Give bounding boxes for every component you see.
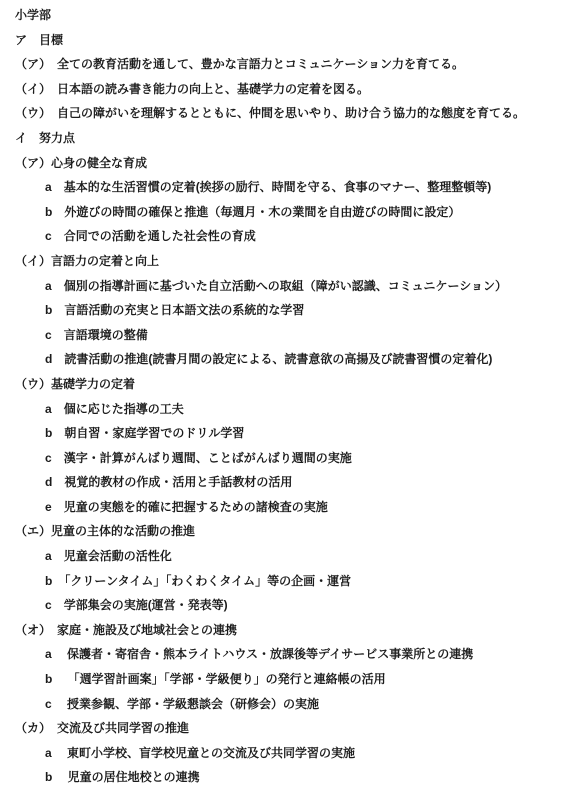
subitem-line-text: 授業参観、学部・学級懇談会（研修会）の実施 <box>67 697 319 711</box>
subitem-line-label: d <box>45 475 64 489</box>
item-line: （オ） 家庭・施設及び地域社会との連携 <box>0 618 588 643</box>
subitem-line-text: 「週学習計画案」「学部・学級便り」の発行と連絡帳の活用 <box>68 672 386 686</box>
subitem-line: a 保護者・寄宿舎・熊本ライトハウス・放課後等デイサービス事業所との連携 <box>0 642 588 667</box>
item-line-label: （イ） <box>15 254 51 268</box>
subitem-line: b 「週学習計画案」「学部・学級便り」の発行と連絡帳の活用 <box>0 667 588 692</box>
item-line-label: （カ） <box>15 721 57 735</box>
subitem-line-label: b <box>45 770 68 784</box>
subitem-line-label: c <box>45 697 67 711</box>
item-line: （エ）児童の主体的な活動の推進 <box>0 519 588 544</box>
subitem-line: c 言語環境の整備 <box>0 323 588 348</box>
section-heading-label: イ <box>15 131 39 145</box>
subitem-line-text: 保護者・寄宿舎・熊本ライトハウス・放課後等デイサービス事業所との連携 <box>67 647 473 661</box>
subitem-line-text: 言語環境の整備 <box>64 328 148 342</box>
item-line: （イ） 日本語の読み書き能力の向上と、基礎学力の定着を図る。 <box>0 77 588 102</box>
subitem-line-text: 朝自習・家庭学習でのドリル学習 <box>64 426 244 440</box>
subitem-line-text: 漢字・計算がんばり週間、ことばがんばり週間の実施 <box>64 451 352 465</box>
subitem-line-text: 東町小学校、盲学校児童との交流及び共同学習の実施 <box>67 746 355 760</box>
item-line-text: 自己の障がいを理解するとともに、仲間を思いやり、助け合う協力的な態度を育てる。 <box>57 106 525 120</box>
subitem-line-text: 合同での活動を通した社会性の育成 <box>64 229 256 243</box>
document-title: 小学部 <box>0 3 588 28</box>
item-line-label: （ウ） <box>15 106 57 120</box>
section-heading: イ 努力点 <box>0 126 588 151</box>
subitem-line: d 視覚的教材の作成・活用と手話教材の活用 <box>0 470 588 495</box>
item-line: （イ）言語力の定着と向上 <box>0 249 588 274</box>
document-page: 小学部ア 目標（ア） 全ての教育活動を通して、豊かな言語力とコミュニケーション力… <box>0 0 588 800</box>
item-line-label: （エ） <box>15 524 51 538</box>
section-heading-title: 努力点 <box>39 131 75 145</box>
subitem-line-label: a <box>45 402 64 416</box>
subitem-line-label: a <box>45 549 64 563</box>
item-line-label: （ウ） <box>15 377 51 391</box>
section-heading-label: ア <box>15 33 39 47</box>
subitem-line-label: c <box>45 598 64 612</box>
section-heading: ア 目標 <box>0 28 588 53</box>
item-line-text: 日本語の読み書き能力の向上と、基礎学力の定着を図る。 <box>57 82 369 96</box>
subitem-line-label: b <box>45 426 64 440</box>
subitem-line: b 「クリーンタイム」「わくわくタイム」等の企画・運営 <box>0 569 588 594</box>
subitem-line-label: c <box>45 451 64 465</box>
subitem-line-text: 視覚的教材の作成・活用と手話教材の活用 <box>64 475 292 489</box>
document-title-text: 小学部 <box>15 8 51 22</box>
subitem-line: d 読書活動の推進(読書月間の設定による、読書意欲の高揚及び読書習慣の定着化) <box>0 347 588 372</box>
subitem-line-label: a <box>45 647 67 661</box>
subitem-line-text: 「クリーンタイム」「わくわくタイム」等の企画・運営 <box>64 574 351 588</box>
subitem-line: b 外遊びの時間の確保と推進（毎週月・木の業間を自由遊びの時間に設定） <box>0 200 588 225</box>
subitem-line-text: 個に応じた指導の工夫 <box>64 402 184 416</box>
item-line-text: 基礎学力の定着 <box>51 377 135 391</box>
subitem-line: b 児童の居住地校との連携 <box>0 765 588 790</box>
subitem-line-text: 児童の居住地校との連携 <box>68 770 200 784</box>
subitem-line-text: 個別の指導計画に基づいた自立活動への取組（障がい認識、コミュニケーション） <box>64 279 507 293</box>
subitem-line-label: b <box>45 574 64 588</box>
subitem-line-label: a <box>45 746 67 760</box>
subitem-line-text: 学部集会の実施(運営・発表等) <box>64 598 228 612</box>
subitem-line-text: 外遊びの時間の確保と推進（毎週月・木の業間を自由遊びの時間に設定） <box>64 205 460 219</box>
subitem-line: c 学部集会の実施(運営・発表等) <box>0 593 588 618</box>
item-line: （ウ）基礎学力の定着 <box>0 372 588 397</box>
subitem-line: c 合同での活動を通した社会性の育成 <box>0 224 588 249</box>
subitem-line-text: 児童会活動の活性化 <box>64 549 172 563</box>
item-line-text: 言語力の定着と向上 <box>51 254 159 268</box>
item-line: （ウ） 自己の障がいを理解するとともに、仲間を思いやり、助け合う協力的な態度を育… <box>0 101 588 126</box>
subitem-line-text: 読書活動の推進(読書月間の設定による、読書意欲の高揚及び読書習慣の定着化) <box>64 352 492 366</box>
subitem-line: c 授業参観、学部・学級懇談会（研修会）の実施 <box>0 692 588 717</box>
subitem-line-label: b <box>45 205 64 219</box>
subitem-line-label: c <box>45 229 64 243</box>
subitem-line: b 言語活動の充実と日本語文法の系統的な学習 <box>0 298 588 323</box>
subitem-line: a 基本的な生活習慣の定着(挨拶の励行、時間を守る、食事のマナー、整理整頓等) <box>0 175 588 200</box>
item-line-label: （ア） <box>15 57 57 71</box>
subitem-line: a 個別の指導計画に基づいた自立活動への取組（障がい認識、コミュニケーション） <box>0 274 588 299</box>
item-line: （カ） 交流及び共同学習の推進 <box>0 716 588 741</box>
subitem-line-text: 児童の実態を的確に把握するための諸検査の実施 <box>64 500 328 514</box>
item-line-text: 児童の主体的な活動の推進 <box>51 524 195 538</box>
subitem-line-label: e <box>45 500 64 514</box>
subitem-line: a 児童会活動の活性化 <box>0 544 588 569</box>
item-line: （ア）心身の健全な育成 <box>0 151 588 176</box>
subitem-line-label: b <box>45 303 64 317</box>
subitem-line-label: b <box>45 672 68 686</box>
item-line-label: （ア） <box>15 156 51 170</box>
subitem-line: b 朝自習・家庭学習でのドリル学習 <box>0 421 588 446</box>
subitem-line-label: d <box>45 352 64 366</box>
item-line-text: 交流及び共同学習の推進 <box>57 721 189 735</box>
subitem-line: a 個に応じた指導の工夫 <box>0 397 588 422</box>
subitem-line-label: a <box>45 180 64 194</box>
item-line-label: （イ） <box>15 82 57 96</box>
item-line-text: 心身の健全な育成 <box>51 156 147 170</box>
item-line-text: 家庭・施設及び地域社会との連携 <box>57 623 237 637</box>
subitem-line: a 東町小学校、盲学校児童との交流及び共同学習の実施 <box>0 741 588 766</box>
item-line: （ア） 全ての教育活動を通して、豊かな言語力とコミュニケーション力を育てる。 <box>0 52 588 77</box>
item-line-text: 全ての教育活動を通して、豊かな言語力とコミュニケーション力を育てる。 <box>57 57 464 71</box>
subitem-line: c 漢字・計算がんばり週間、ことばがんばり週間の実施 <box>0 446 588 471</box>
item-line-label: （オ） <box>15 623 57 637</box>
subitem-line: e 児童の実態を的確に把握するための諸検査の実施 <box>0 495 588 520</box>
section-heading-title: 目標 <box>39 33 63 47</box>
subitem-line-text: 言語活動の充実と日本語文法の系統的な学習 <box>64 303 304 317</box>
subitem-line-label: c <box>45 328 64 342</box>
subitem-line-label: a <box>45 279 64 293</box>
document-body: 小学部ア 目標（ア） 全ての教育活動を通して、豊かな言語力とコミュニケーション力… <box>0 3 588 790</box>
subitem-line-text: 基本的な生活習慣の定着(挨拶の励行、時間を守る、食事のマナー、整理整頓等) <box>64 180 492 194</box>
